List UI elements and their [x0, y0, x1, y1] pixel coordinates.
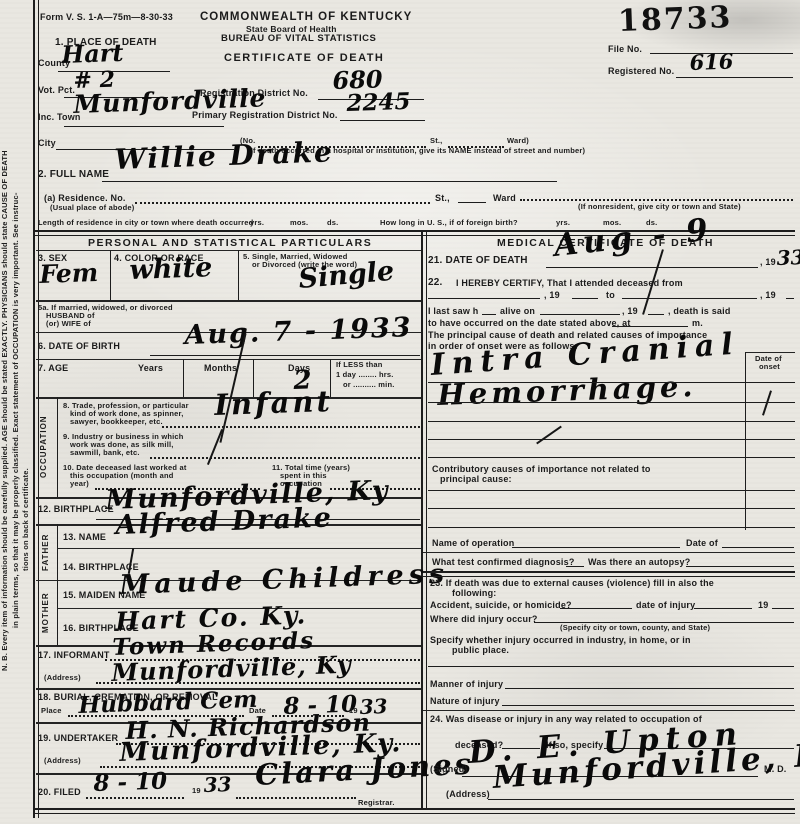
rule	[745, 352, 746, 530]
commonwealth-title: COMMONWEALTH OF KENTUCKY	[200, 11, 412, 24]
external-causes-label-2: following:	[452, 588, 497, 598]
rule	[458, 202, 486, 203]
signed-label: (Signed)	[430, 764, 468, 774]
occupation-value: Infant	[214, 384, 334, 422]
dotted-line	[520, 199, 793, 201]
certify-year-b: , 19	[760, 290, 776, 300]
certificate-of-death-title: CERTIFICATE OF DEATH	[224, 52, 384, 65]
rule	[648, 314, 664, 315]
pen-stroke	[536, 426, 562, 445]
primary-district-value: 2245	[346, 88, 411, 117]
operation-date-label: Date of	[686, 538, 718, 548]
rule	[572, 298, 598, 299]
ds-label: ds.	[327, 219, 338, 228]
contributory-label-1: Contributory causes of importance not re…	[432, 464, 651, 474]
undertaker-label: 19. UNDERTAKER	[38, 733, 118, 743]
nonresident-note: (If nonresident, give city or town and S…	[578, 203, 741, 212]
city-label: City	[38, 138, 56, 148]
accident-label: Accident, suicide, or homicide?	[430, 600, 572, 610]
rule	[423, 710, 795, 711]
rule	[57, 548, 421, 549]
age-months-label: Months	[204, 363, 237, 373]
if-less-label-2: 1 day ........ hrs.	[336, 371, 394, 380]
rule	[110, 250, 111, 300]
residence-ward-label: Ward	[493, 193, 516, 203]
date-of-death-label: 21. DATE OF DEATH	[428, 255, 528, 267]
rule	[745, 352, 795, 353]
rule	[428, 527, 795, 528]
rule	[505, 688, 794, 689]
rule	[238, 250, 239, 300]
certify-text: I HEREBY CERTIFY, That I attended deceas…	[456, 278, 683, 288]
county-value: Hart	[61, 38, 124, 69]
rule	[428, 508, 795, 509]
certify-to-label: to	[606, 290, 615, 300]
pen-stroke	[207, 429, 223, 465]
rule	[150, 355, 420, 356]
rule	[64, 126, 224, 127]
contributory-label-2: principal cause:	[440, 474, 512, 484]
filed-label: 20. FILED	[38, 787, 81, 797]
city-st-label: St.,	[430, 137, 442, 146]
date-of-birth-label: 6. DATE OF BIRTH	[38, 341, 120, 351]
age-years-label: Years	[138, 363, 163, 373]
autopsy-label: Was there an autopsy?	[588, 557, 690, 567]
rule	[428, 490, 795, 491]
if-less-label-3: or .......... min.	[343, 381, 395, 390]
city-ward-label: Ward)	[507, 137, 529, 146]
rule	[340, 120, 425, 121]
rule	[512, 547, 680, 548]
rule	[57, 524, 58, 580]
rule	[428, 439, 795, 440]
rule	[428, 421, 795, 422]
rule	[482, 314, 496, 315]
residence-label: (a) Residence. No.	[44, 193, 126, 203]
dotted-line	[135, 202, 430, 204]
bureau-subtitle: BUREAU OF VITAL STATISTICS	[221, 34, 376, 45]
dotted-line	[150, 457, 420, 459]
mother-maiden-name-value: Maude Childress	[119, 559, 450, 601]
residence-st-label: St.,	[435, 193, 450, 203]
last-saw-text-2: alive on	[500, 306, 535, 316]
full-name-value: Willie Drake	[114, 135, 334, 176]
mos-label: mos.	[290, 219, 308, 228]
rule	[36, 250, 421, 251]
date-of-birth-value: Aug. 7 - 1933	[184, 312, 413, 351]
rule	[57, 580, 58, 645]
last-saw-text-1: I last saw h	[428, 306, 478, 316]
bottom-rule	[33, 808, 795, 814]
rule	[183, 359, 184, 397]
specify-whether-label-2: public place.	[452, 645, 509, 655]
date-of-death-year-pre: , 19	[760, 257, 776, 267]
rule	[676, 77, 793, 78]
registered-no-value: 616	[689, 48, 734, 75]
abode-note: (Usual place of abode)	[50, 204, 134, 213]
dotted-line	[96, 682, 420, 684]
last-saw-text-3: , death is said	[668, 306, 731, 316]
primary-district-label: Primary Registration District No.	[192, 110, 338, 120]
occupation-side-label: OCCUPATION	[39, 400, 53, 494]
margin-note-line2: in plain terms, so that it may be proper…	[11, 60, 21, 760]
date-of-onset-label-2: onset	[759, 363, 780, 372]
yrs-label: yrs.	[250, 219, 264, 228]
age-label: 7. AGE	[38, 363, 68, 373]
margin-note-line1: N. B. Every item of information should b…	[0, 8, 10, 814]
filed-date-value: 8 - 10	[93, 767, 167, 797]
date-of-death-value: Aug - 9	[552, 212, 714, 264]
dotted-line	[236, 797, 356, 799]
last-saw-year: , 19	[622, 306, 638, 316]
rule	[612, 326, 688, 327]
full-name-label: 2. FULL NAME	[38, 169, 109, 181]
form-number: Form V. S. 1-A—75m—8-30-33	[40, 12, 173, 22]
informant-address-label: (Address)	[44, 674, 81, 683]
rule	[540, 314, 620, 315]
rule	[786, 298, 794, 299]
date-of-death-year-value: 33	[776, 245, 800, 270]
rule	[102, 181, 557, 182]
specify-city-note: (Specify city or town, county, and State…	[560, 624, 710, 633]
certify-number: 22.	[428, 277, 443, 289]
specify-whether-label-1: Specify whether injury occurred in indus…	[430, 635, 691, 645]
wife-of-label: (or) WIFE of	[46, 320, 91, 329]
father-name-value: Alfred Drake	[115, 502, 333, 541]
informant-label: 17. INFORMANT	[38, 650, 110, 660]
filed-year-pre: 19	[192, 787, 201, 796]
how-long-us-label: How long in U. S., if of foreign birth?	[380, 219, 518, 228]
registrar-label: Registrar.	[358, 799, 395, 808]
rule	[428, 382, 795, 383]
filed-year-value: 33	[203, 772, 232, 797]
test-diagnosis-label: What test confirmed diagnosis?	[432, 557, 575, 567]
where-injury-label: Where did injury occur?	[430, 614, 538, 624]
rule	[546, 267, 758, 268]
undertaker-address-label: (Address)	[44, 757, 81, 766]
external-causes-label-1: 23. If death was due to external causes …	[430, 578, 714, 588]
rule	[423, 571, 795, 577]
rule	[566, 566, 584, 567]
manner-of-injury-label: Manner of injury	[430, 679, 503, 689]
mother-side-label: MOTHER	[41, 583, 54, 643]
rule	[488, 799, 794, 800]
rule	[560, 608, 632, 609]
burial-place-label: Place	[41, 707, 62, 716]
file-no-label: File No.	[608, 44, 642, 54]
nature-of-injury-label: Nature of injury	[430, 696, 500, 706]
last-worked-label-l3: year)	[70, 480, 89, 489]
column-divider-rule	[421, 232, 427, 808]
rule	[428, 457, 795, 458]
personal-section-header: PERSONAL AND STATISTICAL PARTICULARS	[88, 237, 372, 249]
pen-stroke	[762, 390, 772, 415]
rule	[428, 298, 540, 299]
rule	[622, 298, 757, 299]
color-race-value: white	[129, 252, 213, 286]
rule	[502, 705, 794, 706]
registered-no-label: Registered No.	[608, 66, 674, 76]
certify-year-a: , 19	[544, 290, 560, 300]
occurred-m-label: m.	[692, 318, 703, 328]
rule	[428, 666, 794, 667]
rule	[36, 300, 421, 302]
dotted-line	[86, 797, 184, 799]
length-residence-label: Length of residence in city or town wher…	[38, 219, 253, 228]
rule	[686, 566, 794, 567]
birthplace-label: 12. BIRTHPLACE	[38, 504, 114, 514]
physician-address-label: (Address)	[446, 789, 490, 799]
father-side-label: FATHER	[41, 526, 54, 578]
sex-value: Fem	[39, 258, 99, 289]
margin-note-line3: tions on back of certificate.	[21, 400, 31, 640]
rule	[694, 608, 752, 609]
injury-year-pre: 19	[758, 600, 768, 610]
voting-precinct-label: Vot. Pct.	[38, 85, 75, 95]
rule	[57, 397, 58, 497]
dotted-line	[162, 426, 420, 428]
rule	[772, 608, 794, 609]
death-certificate-scan: N. B. Every item of information should b…	[0, 0, 800, 824]
industry-label-l3: sawmill, bank, etc.	[70, 449, 140, 458]
rule	[423, 552, 795, 553]
operation-label: Name of operation	[432, 538, 514, 548]
occurred-text: to have occurred on the date stated abov…	[428, 318, 631, 328]
father-name-label: 13. NAME	[63, 532, 106, 542]
if-less-label-1: If LESS than	[336, 361, 383, 370]
date-of-injury-label: date of injury	[636, 600, 695, 610]
rule	[428, 402, 795, 403]
occupation-label-l3: sawyer, bookkeeper, etc.	[70, 418, 163, 427]
rule	[722, 547, 794, 548]
certificate-number-stamp: 18733	[617, 0, 733, 39]
